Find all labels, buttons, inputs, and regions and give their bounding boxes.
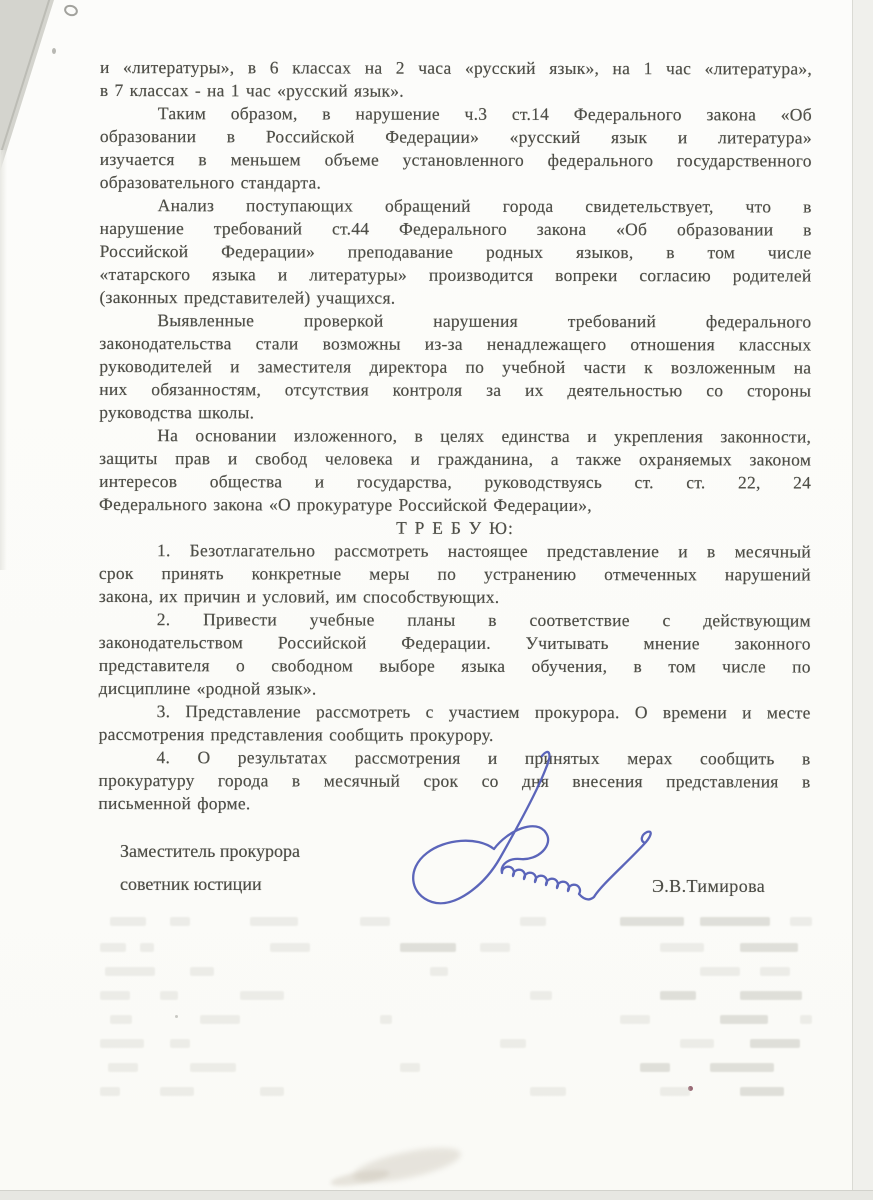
bottom-scan-edge [0, 1190, 873, 1200]
body-line: защиты прав и свобод человека и граждани… [99, 447, 811, 471]
body-line: 3. Представление рассмотреть с участием … [99, 700, 811, 724]
body-line: срок принять конкретные меры по устранен… [99, 562, 811, 586]
body-line: закона, их причин и условий, им способст… [99, 585, 811, 609]
body-line: руководства школы. [99, 401, 811, 425]
body-line: Российской Федерации» преподавание родны… [100, 240, 812, 264]
body-line: 2. Привести учебные планы в соответствие… [99, 608, 811, 632]
body-line: На основании изложенного, в целях единст… [99, 424, 811, 448]
handwritten-signature [396, 746, 686, 936]
body-line: Таким образом, в нарушение ч.3 ст.14 Фед… [100, 102, 812, 126]
body-line: и «литературы», в 6 классах на 2 часа «р… [100, 56, 812, 80]
body-line: законодательством Российской Федерации. … [99, 631, 811, 655]
bleed-through-row [100, 1087, 812, 1099]
signatory-name: Э.В.Тимирова [652, 876, 765, 897]
body-line: интересов общества и государства, руково… [99, 470, 811, 494]
body-line: образовательного стандарта. [100, 171, 812, 195]
signatory-position-line1: Заместитель прокурора [120, 841, 300, 862]
signatory-position-line2: советник юстиции [120, 874, 262, 895]
bleed-through-row [100, 917, 812, 929]
body-line: законодательства стали возможны из-за не… [99, 332, 811, 356]
body-line: Федерального закона «О прокуратуре Росси… [99, 493, 811, 517]
body-line: них обязанностям, отсутствия контроля за… [99, 378, 811, 402]
bleed-through-row [100, 991, 812, 1003]
bleed-through-row [100, 1039, 812, 1051]
body-line: в 7 классах - на 1 час «русский язык». [100, 79, 812, 103]
body-line: рассмотрения представления сообщить прок… [99, 723, 811, 747]
body-line: 1. Безотлагательно рассмотреть настоящее… [99, 539, 811, 563]
scan-speck [52, 48, 56, 54]
bleed-through-row [100, 943, 812, 955]
bleed-through-row [100, 1063, 812, 1075]
scanned-page: и «литературы», в 6 классах на 2 часа «р… [0, 0, 873, 1200]
page-corner-wedge [0, 0, 58, 178]
right-page-edge [852, 0, 873, 1200]
bleed-through-row [100, 967, 812, 979]
body-line: изучается в меньшем объеме установленног… [100, 148, 812, 172]
document-body: и «литературы», в 6 классах на 2 часа «р… [98, 56, 812, 816]
body-line: образовании в Российской Федерации» «рус… [100, 125, 812, 149]
bleed-through-row [100, 1015, 812, 1027]
body-line: Выявленные проверкой нарушения требовани… [99, 309, 811, 333]
scan-speck-ring [63, 3, 80, 18]
left-page-edge-shading [0, 150, 7, 570]
body-line: нарушение требований ст.44 Федерального … [100, 217, 812, 241]
body-line: представителя о свободном выборе языка о… [99, 654, 811, 678]
body-line: руководителей и заместителя директора по… [99, 355, 811, 379]
body-line: (законных представителей) учащихся. [99, 286, 811, 310]
body-line: «татарского языка и литературы» производ… [100, 263, 812, 287]
demand-heading: Т Р Е Б У Ю: [99, 516, 811, 540]
body-line: дисциплине «родной язык». [99, 677, 811, 701]
body-line: Анализ поступающих обращений города свид… [100, 194, 812, 218]
